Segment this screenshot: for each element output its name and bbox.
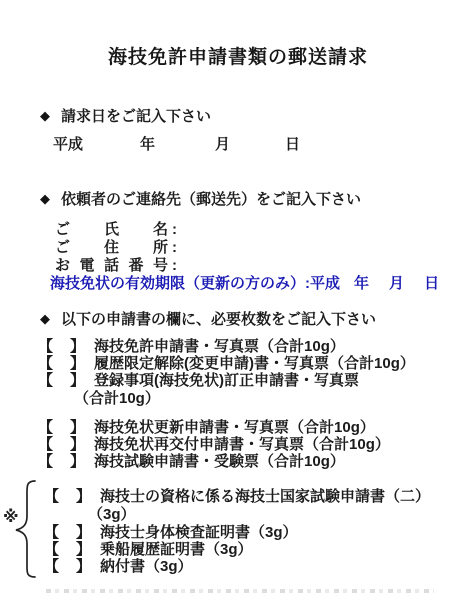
left-curly-brace-icon: [11, 479, 37, 579]
bracket-close: 】: [76, 555, 91, 576]
contact-heading-label: 依頼者のご連絡先（郵送先）をご記入下さい: [61, 188, 361, 209]
quantity-entry[interactable]: [59, 540, 76, 554]
expiry-era-label: 平成: [310, 272, 340, 293]
diamond-bullet-icon: ◆: [40, 191, 50, 207]
page-title: 海技免許申請書類の郵送請求: [0, 42, 476, 69]
expiry-month-entry[interactable]: [369, 275, 389, 288]
era-label: 平成: [53, 133, 83, 154]
year-suffix-label: 年: [140, 133, 155, 154]
expiry-year-entry[interactable]: [340, 275, 354, 288]
bracket-open: 【: [44, 485, 59, 506]
quantity-entry[interactable]: [53, 371, 70, 385]
license-expiry-label: 海技免状の有効期限（更新の方のみ）: [50, 272, 305, 293]
quantity-entry[interactable]: [59, 487, 76, 501]
section-heading-contact: ◆ 依頼者のご連絡先（郵送先）をご記入下さい: [40, 188, 361, 209]
bracket-open: 【: [38, 369, 53, 390]
expiry-day-entry[interactable]: [404, 275, 424, 288]
diamond-bullet-icon: ◆: [40, 311, 50, 327]
quantity-entry[interactable]: [53, 452, 70, 466]
quantity-entry[interactable]: [59, 523, 76, 537]
document-item-label: 海技士の資格に係る海技士国家試験申請書（二）: [100, 485, 430, 506]
exam-document-item: 【 】 納付書（3g）: [44, 555, 193, 576]
expiry-month-suffix-label: 月: [389, 272, 404, 293]
document-item-label: 海技試験申請書・受験票（合計10g）: [94, 450, 345, 471]
expiry-year-suffix-label: 年: [354, 272, 369, 293]
diamond-bullet-icon: ◆: [40, 108, 50, 124]
bracket-open: 【: [44, 555, 59, 576]
name-entry[interactable]: [185, 220, 335, 234]
license-expiry-row: 海技免状の有効期限（更新の方のみ） : 平成 年 月 日: [50, 272, 439, 293]
request-date-day-entry[interactable]: [235, 135, 280, 149]
address-entry[interactable]: [185, 238, 335, 252]
documents-heading-label: 以下の申請書の欄に、必要枚数をご記入下さい: [61, 308, 376, 329]
document-item: 【 】 海技試験申請書・受験票（合計10g）: [38, 450, 345, 471]
quantity-entry[interactable]: [53, 354, 70, 368]
section-heading-documents: ◆ 以下の申請書の欄に、必要枚数をご記入下さい: [40, 308, 376, 329]
phone-entry[interactable]: [185, 256, 335, 270]
day-suffix-label: 日: [285, 133, 300, 154]
cropped-bottom-text-row: [46, 589, 434, 593]
section-heading-request-date: ◆ 請求日をご記入下さい: [40, 105, 211, 126]
request-date-month-entry[interactable]: [160, 135, 210, 149]
quantity-entry[interactable]: [59, 557, 76, 571]
document-page: 海技免許申請書類の郵送請求 ◆ 請求日をご記入下さい 平成 年 月 日 ◆ 依頼…: [0, 0, 476, 594]
request-date-year-entry[interactable]: [88, 135, 136, 149]
document-item-label: 納付書（3g）: [100, 555, 193, 576]
quantity-entry[interactable]: [53, 337, 70, 351]
document-item-label-line2: （合計10g）: [74, 387, 160, 408]
expiry-day-suffix-label: 日: [424, 272, 439, 293]
quantity-entry[interactable]: [53, 418, 70, 432]
bracket-open: 【: [38, 450, 53, 471]
quantity-entry[interactable]: [53, 435, 70, 449]
month-suffix-label: 月: [215, 133, 230, 154]
bracket-close: 】: [70, 450, 85, 471]
request-date-heading-label: 請求日をご記入下さい: [61, 105, 211, 126]
